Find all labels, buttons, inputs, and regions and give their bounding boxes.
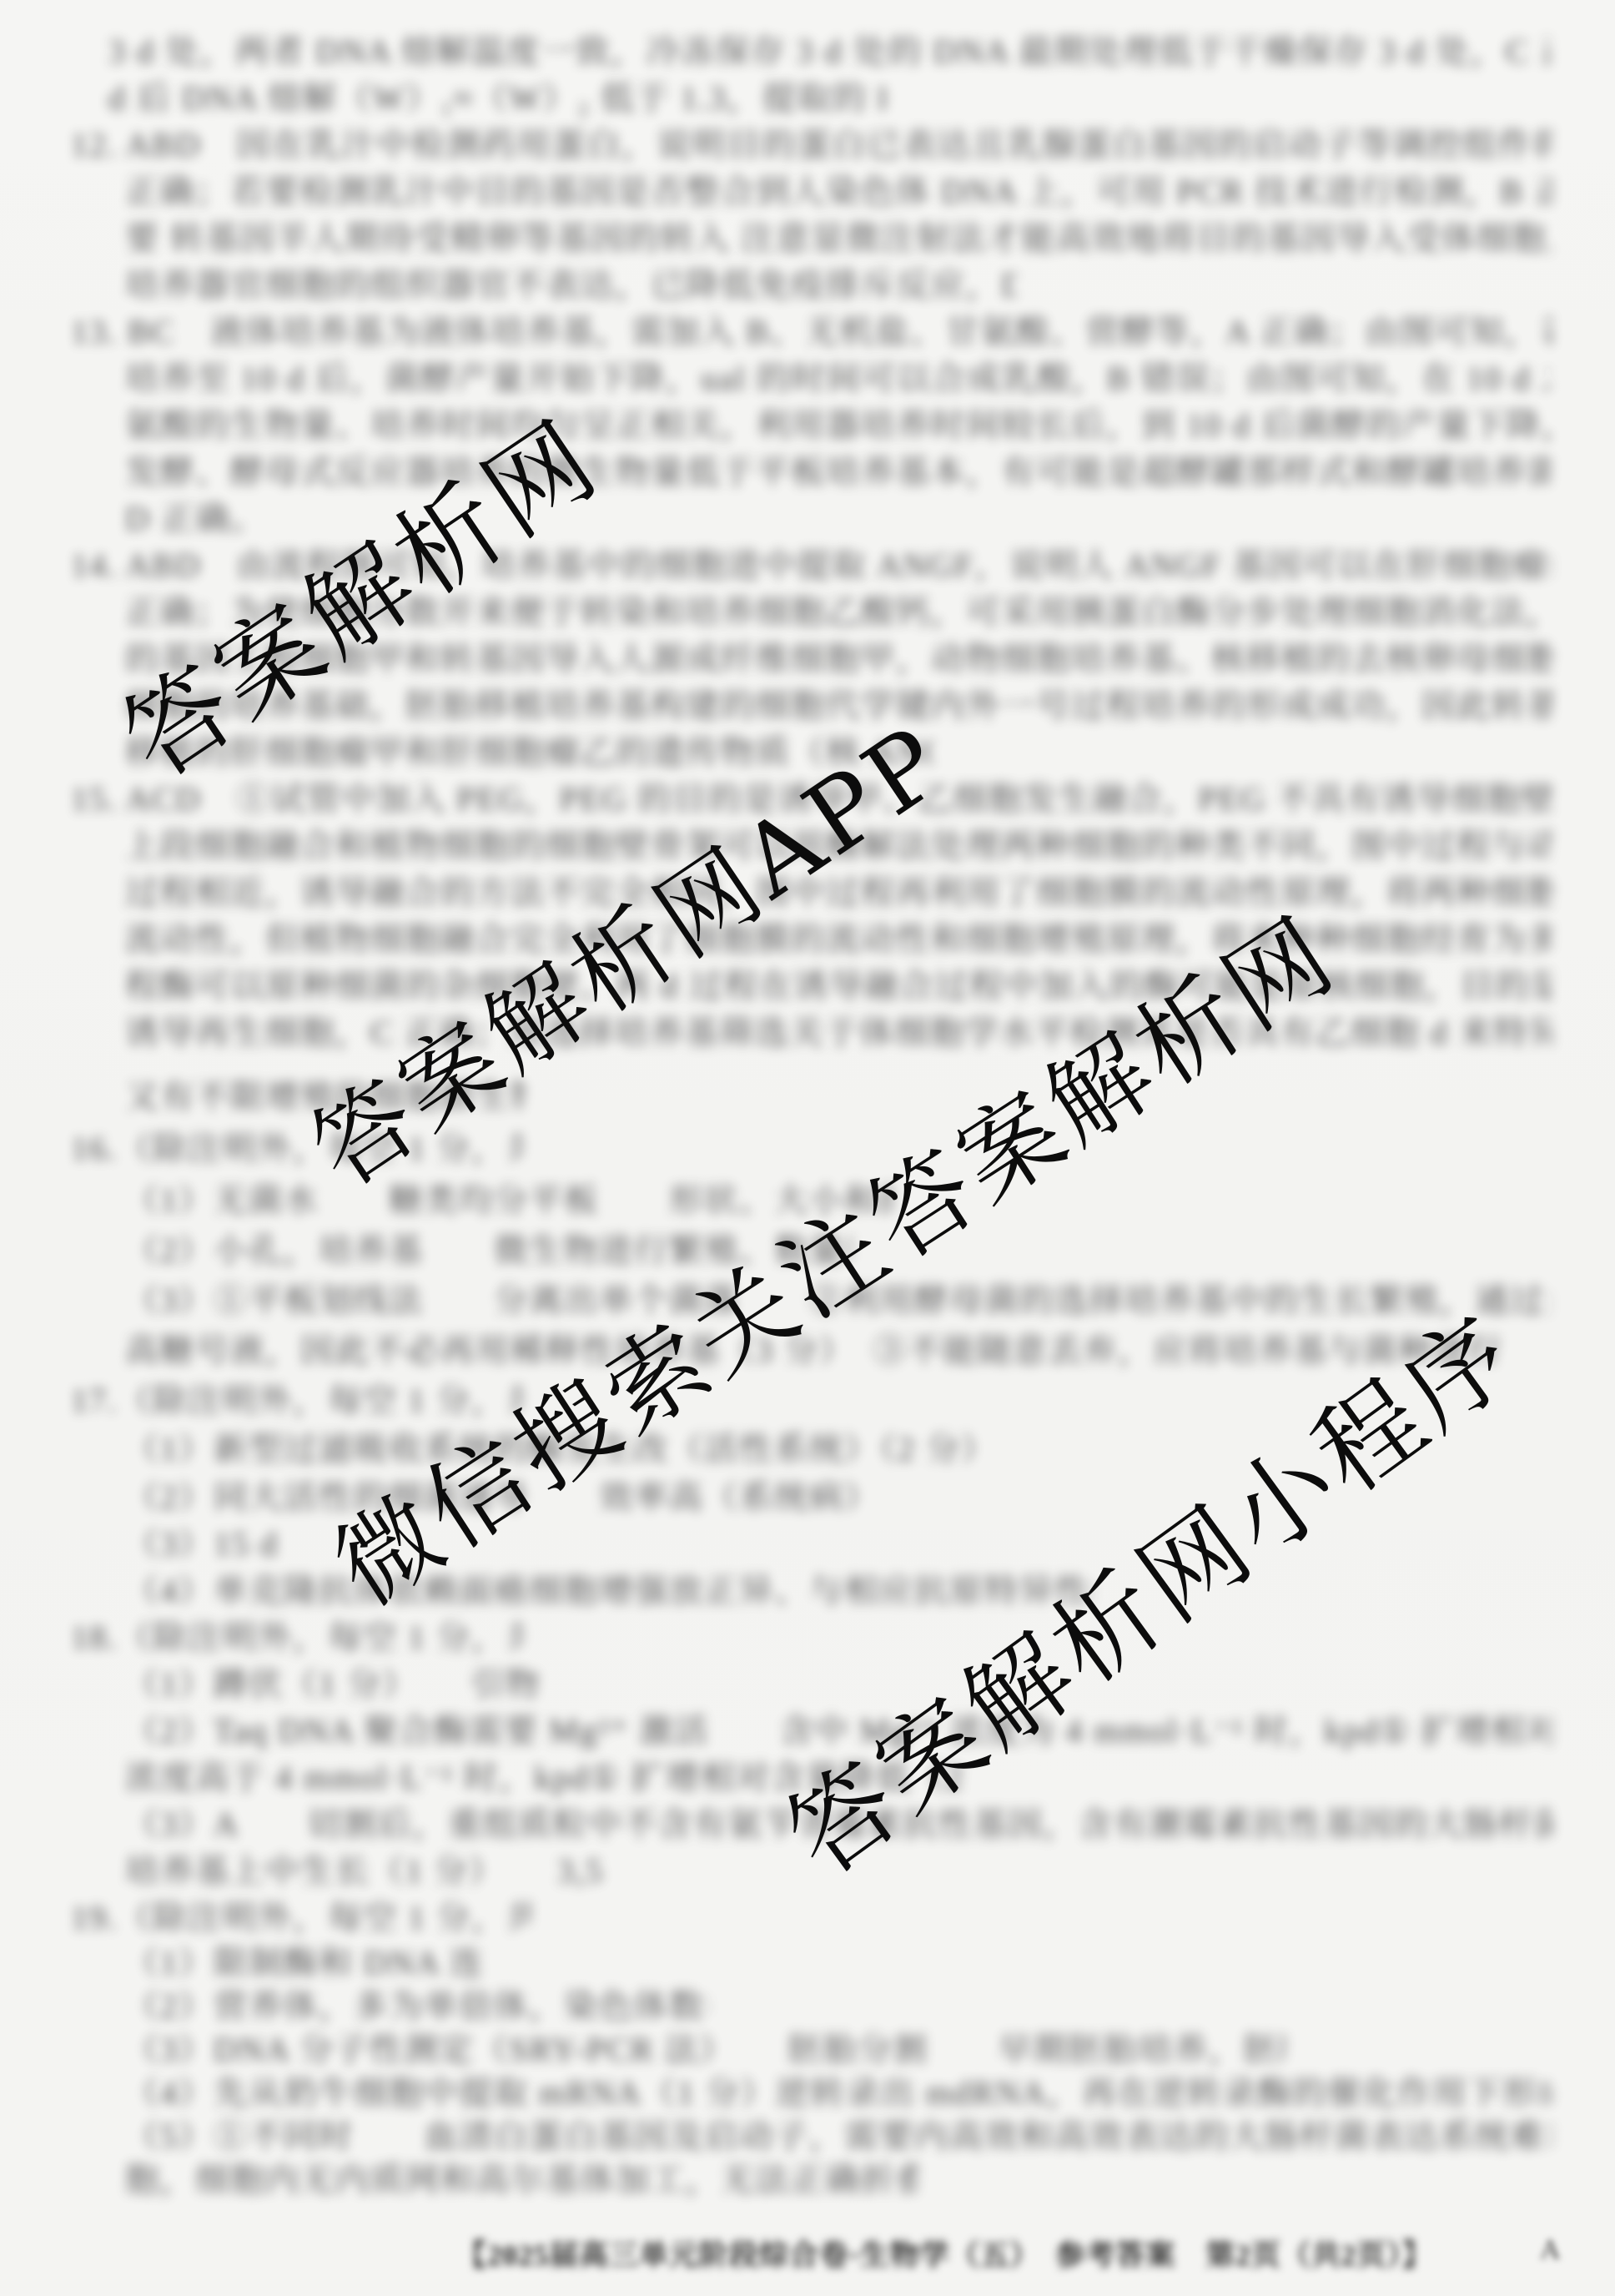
scanned-answer-page: { "page": { "background_color": "#f4f4f2… — [0, 0, 1615, 2296]
body-text-line: d 后 DNA 熔解（W）₁≈（W）₂ 低于 1.3，提取的 DNA 中有些蛋白… — [108, 78, 884, 121]
body-text-line: 氨酸的生物量、培养时间均匀呈正相关，利用器培养时间较长后，到 10 d 后菌酵的… — [125, 405, 1552, 448]
body-text-line: （3）DNA 分子性测定（SRY-PCR 法） 胚胎分割 早期胚胎培养，胚胎移植… — [125, 2029, 1285, 2072]
footer-page-letter: A — [1540, 2234, 1561, 2266]
body-text-line: （4）单克隆抗体依赖面癌细胞增强放正异、与相应抗原特异性结合（2 分） — [125, 1570, 1093, 1614]
body-text-line: 正确；若要检测乳汁中目的基因是否整合到人染色体 DNA 上，可用 PCR 技术进… — [125, 171, 1552, 214]
body-text-line: （4）先从奶牛细胞中提取 mRNA（1 分）逆转录出 mdRNA，再在逆转录酶的… — [125, 2072, 1552, 2116]
body-text-line: 18.（除注明外，每空 1 分，共 10 分） — [71, 1617, 526, 1660]
body-text-line: 19.（除注明外，每空 1 分，共 12 分） — [71, 1897, 530, 1941]
body-text-line: 诱导再生细胞，C 正确；用选择培养基筛选关于体细胞学水平检测其是否具有乙细胞 d… — [125, 1012, 1552, 1055]
body-text-line: （1）限制酶和 DNA 连接酶 — [125, 1942, 484, 1986]
body-text-line: （1）蹲伏（1 分） 引物（1 分） — [125, 1664, 542, 1707]
body-text-line: 培养基上中生长（1 分） 3,5 — [125, 1850, 647, 1894]
body-text-line: （3）15 d 4 d — [125, 1523, 342, 1567]
body-text-line: 流动性，但植物细胞融合完全利用了细胞膜的流动性和细胞增殖原理，将来种种细胞经育为… — [125, 919, 1552, 962]
body-text-line: 胞，细胞内无内质网和高尔基体加工，无法正确折叠（1 分） — [125, 2159, 918, 2203]
page-background: 3 d 处，两者 DNA 熔解温度一致，冷冻保存 3 d 处的 DNA 最期处理… — [0, 0, 1615, 2296]
body-text-line: 要 转基因羊人期待受精卵等基因的转入 注意显微注射法才能高效地将目的基因导入受体… — [125, 218, 1552, 261]
body-text-line: 12. ABD 因在乳汁中检测药用蛋白，说明目的蛋白已表达且乳腺蛋白基因的启动子… — [71, 124, 1552, 168]
body-text-line: 3 d 处，两者 DNA 熔解温度一致，冷冻保存 3 d 处的 DNA 最期处理… — [108, 31, 1552, 74]
body-text-line: 13. BC 液体培养基为液体培养基，需加入 B、无机盐、甘氨酸、营酵等，A 正… — [71, 311, 1552, 355]
body-text-line: 培养至 10 d 后，菌酵产量开始下降，ual 的时间可以合成乳酸，B 错误；由… — [125, 358, 1552, 401]
body-text-line: 培养器官细胞的组织器官不表达，已降低免疫排斥反应，D 正确。 — [125, 264, 1018, 308]
footer-title: 【2025届高三单元阶段综合卷·生物学（五） 参考答案 第2页（共2页）】 — [457, 2233, 1450, 2276]
body-text-line: （2）营养体，多为单倍体，染色体数相对较少（2 分） — [125, 1986, 709, 2029]
body-text-line: D 正确。 — [125, 498, 246, 541]
body-text-line: 发酵、酵母式反应器培养的微生物量低于平板培养基本，有可能是超酵罐那样式和酵罐培养… — [125, 451, 1552, 495]
body-text-line: （5）①不同时 血清白蛋白基因及启动子，需要内高效和高效表达的大肠杆菌表达系统难… — [125, 2116, 1552, 2159]
